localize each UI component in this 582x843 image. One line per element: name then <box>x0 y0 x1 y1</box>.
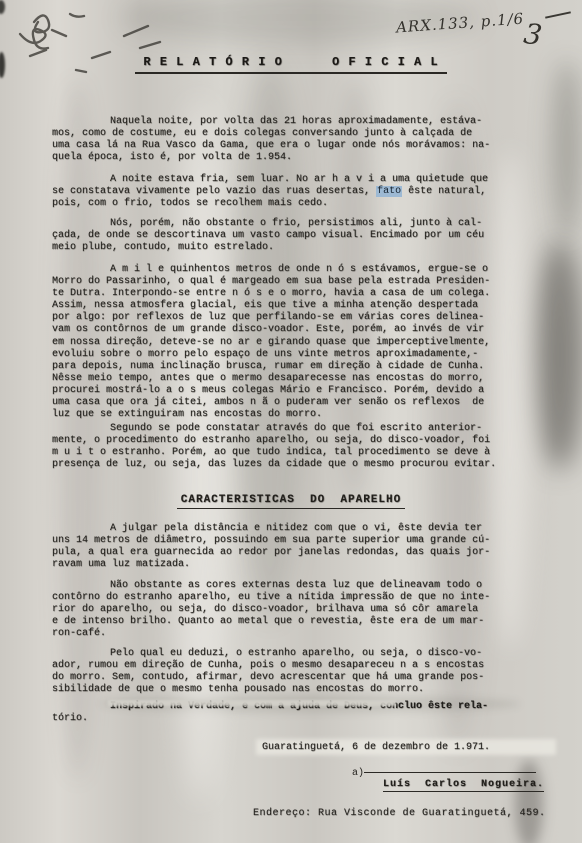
signature-prefix: a) <box>352 768 364 779</box>
signature-line: a) <box>352 768 536 779</box>
signature-rule <box>364 772 536 773</box>
scanned-report-page: ARX.133, p.1/6 3 R E L A T Ó R I O O F I… <box>0 0 582 843</box>
paragraph-1: Naquela noite, por volta das 21 horas ap… <box>52 116 490 164</box>
document-text-layer: R E L A T Ó R I O O F I C I A L Naquela … <box>0 0 582 843</box>
address-line: Endereço: Rua Visconde de Guaratinguetá,… <box>253 808 546 819</box>
section-heading: CARACTERISTICAS DO APARELHO <box>177 494 405 509</box>
paragraph-7: Não obstante as cores externas desta luz… <box>52 580 490 640</box>
signature-name: Luís Carlos Nogueira. <box>383 779 544 792</box>
title-row: R E L A T Ó R I O O F I C I A L <box>0 52 582 74</box>
paragraph-8: Pelo qual eu deduzi, o estranho aparelho… <box>52 648 484 696</box>
section-heading-row: CARACTERISTICAS DO APARELHO <box>0 489 582 509</box>
paragraph-6: A julgar pela distância e nitidez com qu… <box>52 523 490 571</box>
report-title: R E L A T Ó R I O O F I C I A L <box>135 55 446 74</box>
paragraph-5: Segundo se pode constatar através do que… <box>52 423 496 471</box>
white-out-wipe <box>108 700 396 706</box>
paragraph-3: Nós, porém, não obstante o frio, persist… <box>52 218 484 254</box>
highlighted-word: fato <box>376 186 402 197</box>
closing-line-tail: tório. <box>52 713 88 724</box>
paragraph-2: A noite estava fria, sem luar. No ar h a… <box>52 174 488 210</box>
dateline: Guaratinguetá, 6 de dezembro de 1.971. <box>262 742 490 753</box>
paragraph-4: A m i l e quinhentos metros de onde n ó … <box>52 264 490 421</box>
